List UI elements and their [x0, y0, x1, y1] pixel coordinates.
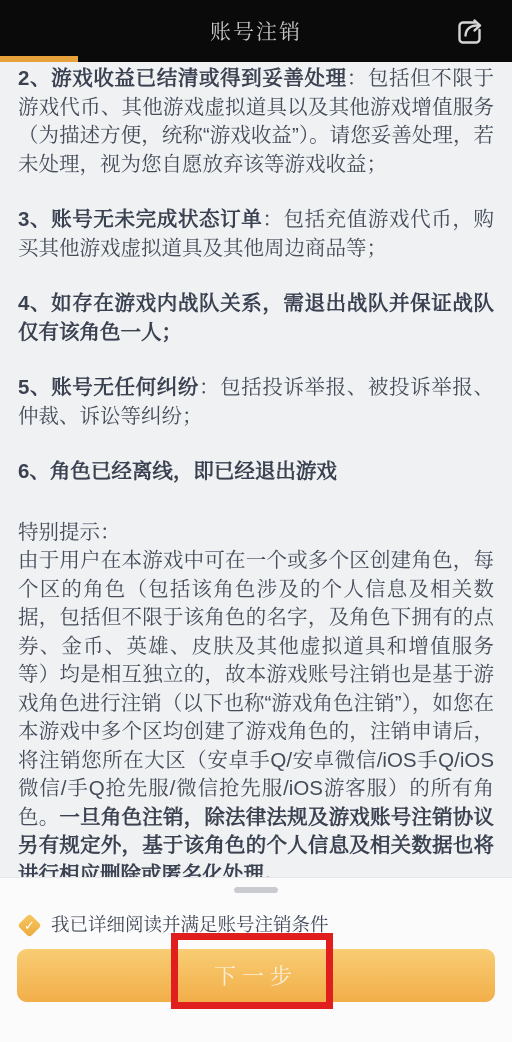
next-step-button[interactable]: 下一步: [17, 949, 495, 1002]
special-note: 特别提示： 由于用户在本游戏中可在一个或多个区创建角色，每个区的角色（包括该角色…: [18, 519, 494, 878]
condition-item-3: 3、账号无未完成状态订单：包括充值游戏代币，购买其他游戏虚拟道具及其他周边商品等…: [18, 206, 494, 263]
diamond-check-icon[interactable]: ✓: [17, 913, 41, 937]
condition-item-2: 2、游戏收益已结清或得到妥善处理：包括但不限于游戏代币、其他游戏虚拟道具以及其他…: [18, 65, 494, 179]
special-note-body: 由于用户在本游戏中可在一个或多个区创建角色，每个区的角色（包括该角色涉及的个人信…: [18, 547, 494, 877]
special-note-label: 特别提示：: [18, 519, 494, 548]
share-button[interactable]: [454, 13, 490, 49]
agree-checkbox-label: 我已详细阅读并满足账号注销条件: [51, 911, 329, 937]
share-icon: [454, 14, 490, 48]
condition-item-6: 6、角色已经离线，即已经退出游戏: [18, 458, 494, 487]
agree-checkbox-row[interactable]: ✓ 我已详细阅读并满足账号注销条件: [18, 911, 494, 937]
terms-scroll-area[interactable]: 2、游戏收益已结清或得到妥善处理：包括但不限于游戏代币、其他游戏虚拟道具以及其他…: [0, 62, 512, 877]
bottom-sheet: ✓ 我已详细阅读并满足账号注销条件 下一步: [0, 877, 512, 1042]
header-bar: 账号注销: [0, 0, 512, 62]
condition-item-5: 5、账号无任何纠纷：包括投诉举报、被投诉举报、仲裁、诉讼等纠纷；: [18, 374, 494, 431]
page-title: 账号注销: [0, 16, 512, 46]
condition-item-4: 4、如存在游戏内战队关系，需退出战队并保证战队仅有该角色一人；: [18, 290, 494, 347]
app-screen: 账号注销 2、游戏收益已结清或得到妥善处理：包括但不限于游戏代币、其他游戏虚拟道…: [0, 0, 512, 1042]
drag-handle[interactable]: [234, 887, 278, 893]
